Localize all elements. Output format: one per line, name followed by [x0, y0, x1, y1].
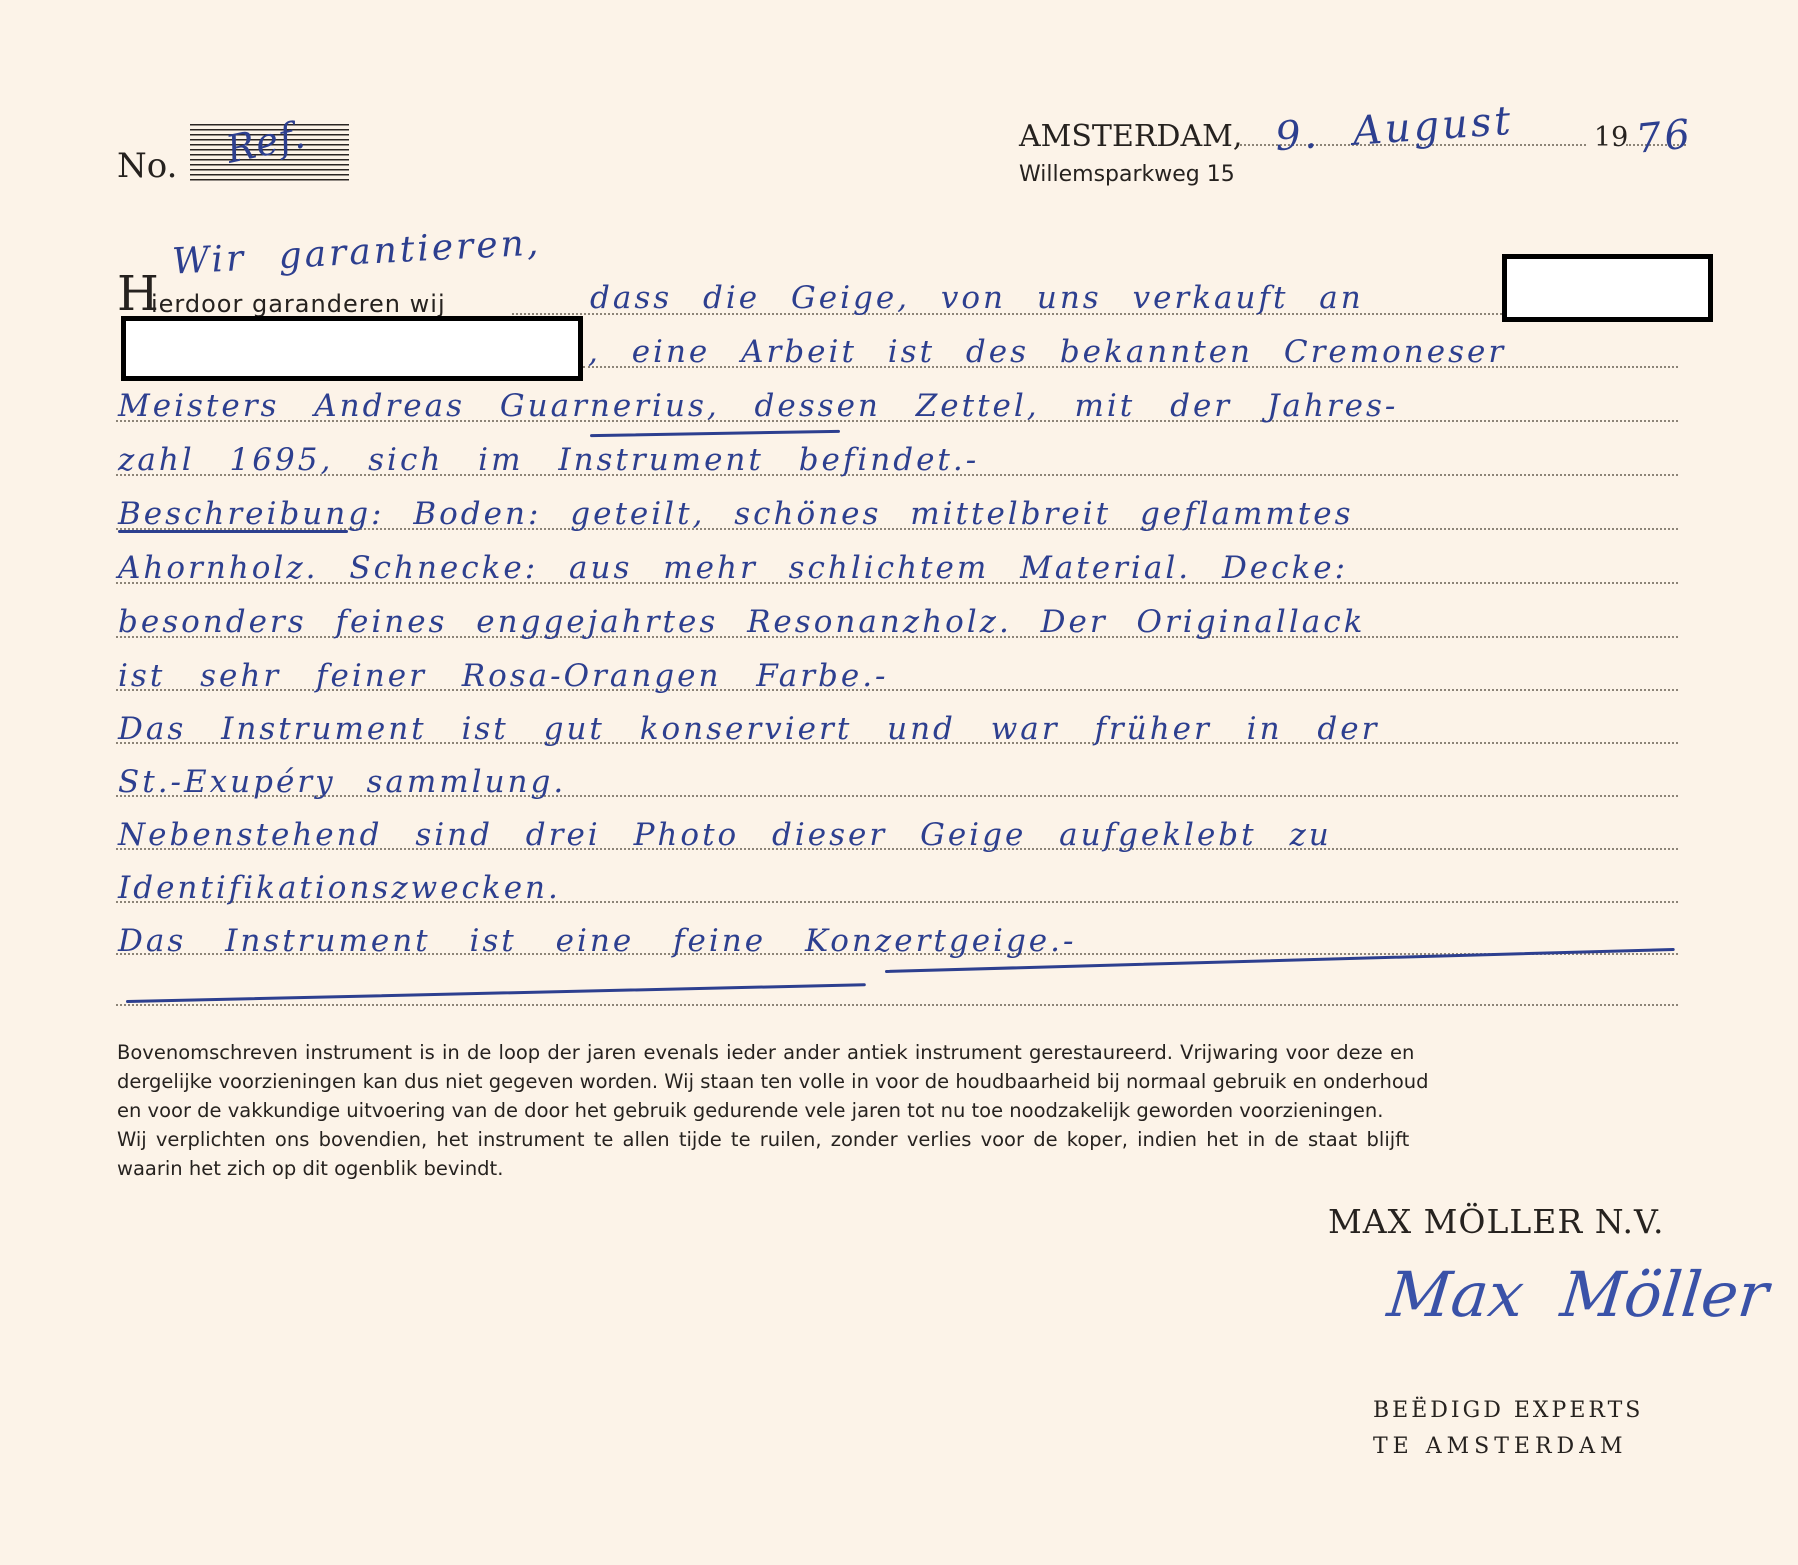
handwritten-line-3: Meisters Andreas Guarnerius, dessen Zett…	[118, 388, 1398, 424]
date-day-month: 9. August	[1274, 98, 1515, 161]
year-suffix: 76	[1634, 111, 1695, 163]
disclaimer-line-2: dergelijke voorzieningen kan dus niet ge…	[117, 1067, 1429, 1096]
handwritten-line-13: Das Instrument ist eine feine Konzertgei…	[118, 923, 1076, 959]
disclaimer-line-3: en voor de vakkundige uitvoering van de …	[117, 1096, 1429, 1125]
printed-lead: ierdoor garanderen wij	[151, 290, 446, 318]
redacted-recipient-box-2	[121, 316, 583, 381]
ruled-line-14	[116, 1004, 1678, 1006]
year-prefix: 19	[1594, 122, 1628, 153]
city-label: AMSTERDAM,	[1019, 119, 1242, 154]
handwritten-line-2: , eine Arbeit ist des bekannten Cremones…	[588, 334, 1506, 370]
handwritten-line-4: zahl 1695, sich im Instrument befindet.-	[118, 442, 979, 478]
handwritten-line-10: St.-Exupéry sammlung.	[118, 764, 566, 800]
intro-handwritten: Wir garantieren,	[171, 222, 542, 282]
disclaimer-line-5: waarin het zich op dit ogenblik bevindt.	[117, 1154, 1429, 1183]
disclaimer-line-1: Bovenomschreven instrument is in de loop…	[117, 1038, 1429, 1067]
redacted-recipient-box-1	[1502, 254, 1713, 322]
signature: Max Möller	[1384, 1258, 1772, 1331]
company-name: MAX MÖLLER N.V.	[1328, 1202, 1665, 1241]
title-line-2: TE AMSTERDAM	[1373, 1434, 1628, 1459]
closing-stroke-left	[126, 983, 866, 1003]
title-line-1: BEËDIGD EXPERTS	[1373, 1398, 1643, 1423]
handwritten-line-11: Nebenstehend sind drei Photo dieser Geig…	[118, 817, 1332, 853]
handwritten-line-12: Identifikationszwecken.	[118, 870, 561, 906]
number-label: No.	[117, 146, 177, 186]
handwritten-line-6: Ahornholz. Schnecke: aus mehr schlichtem…	[118, 550, 1348, 586]
handwritten-line-8: ist sehr feiner Rosa-Orangen Farbe.-	[118, 658, 889, 694]
handwritten-line-9: Das Instrument ist gut konserviert und w…	[118, 711, 1379, 747]
beschreibung-underline	[118, 530, 348, 533]
handwritten-line-7: besonders feines enggejahrtes Resonanzho…	[118, 604, 1365, 640]
disclaimer-line-4: Wij verplichten ons bovendien, het instr…	[117, 1125, 1429, 1154]
handwritten-line-5: Beschreibung: Boden: geteilt, schönes mi…	[118, 496, 1354, 532]
address: Willemsparkweg 15	[1019, 162, 1235, 187]
guarnerius-underline	[590, 430, 840, 437]
handwritten-line-1: dass die Geige, von uns verkauft an	[590, 280, 1364, 316]
disclaimer-paragraph: Bovenomschreven instrument is in de loop…	[117, 1038, 1429, 1183]
